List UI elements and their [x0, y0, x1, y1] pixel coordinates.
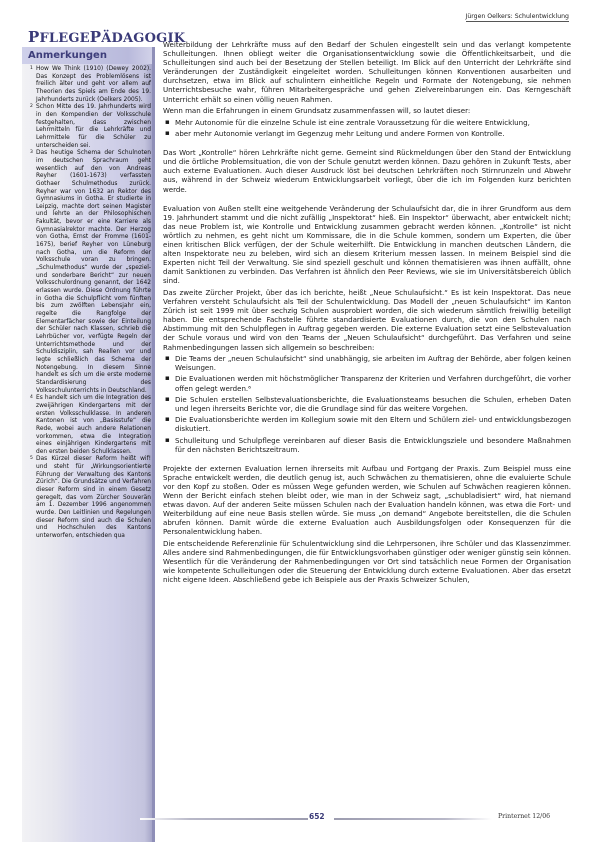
brand-initial: P — [28, 28, 39, 46]
footnote-number: 2 — [30, 103, 33, 111]
list-item-text: Die Teams der „neuen Schulaufsicht“ sind… — [175, 354, 571, 372]
page-number: 652 — [309, 812, 325, 821]
paragraph: Wenn man die Erfahrungen in einem Grunds… — [163, 106, 571, 115]
journal-issue: Printernet 12/06 — [498, 813, 550, 820]
footnote-number: 4 — [30, 394, 33, 402]
footer-rule-left — [140, 818, 308, 820]
footnote-text: Das heutige Schema der Schulnoten im deu… — [36, 150, 151, 393]
footnote-text: Schon Mitte des 19. Jahrhunderts wird in… — [36, 104, 151, 148]
article-body: Weiterbildung der Lehrkräfte muss auf de… — [163, 40, 571, 587]
footnote-text: Das Kürzel dieser Reform heißt wif! und … — [36, 456, 151, 539]
running-head: Jürgen Oelkers: Schulentwicklung — [466, 13, 570, 22]
paragraph: Die entscheidende Referenzlinie für Schu… — [163, 539, 571, 584]
footnote-number: 3 — [30, 149, 33, 157]
paragraph: Das Wort „Kontrolle“ hören Lehrkräfte ni… — [163, 148, 571, 193]
list-item: ▪Mehr Autonomie für die einzelne Schule … — [163, 118, 571, 127]
list-item: ▪Die Evaluationen werden mit höchstmögli… — [163, 374, 571, 392]
footnote: 4Es handelt sich um die Integration des … — [30, 395, 151, 456]
list-item: ▪aber mehr Autonomie verlangt im Gegenzu… — [163, 129, 571, 138]
footnote-number: 5 — [30, 455, 33, 463]
list-item: ▪Die Teams der „neuen Schulaufsicht“ sin… — [163, 354, 571, 372]
list-item-text: Die Evaluationsberichte werden im Kolleg… — [175, 415, 571, 433]
brand-text: FLEGE — [39, 31, 89, 46]
bullet-icon: ▪ — [165, 436, 170, 445]
bullet-icon: ▪ — [165, 118, 170, 127]
footnote: 5Das Kürzel dieser Reform heißt wif! und… — [30, 456, 151, 540]
sidebar-title: Anmerkungen — [22, 47, 155, 64]
bullet-icon: ▪ — [165, 129, 170, 138]
bullet-icon: ▪ — [165, 395, 170, 404]
bullet-icon: ▪ — [165, 415, 170, 424]
footnotes-sidebar: Anmerkungen 1How We Think (1910) (Dewey … — [22, 47, 155, 842]
paragraph: Weiterbildung der Lehrkräfte muss auf de… — [163, 40, 571, 104]
list-item: ▪Die Schulen erstellen Selbstevaluations… — [163, 395, 571, 413]
list-item-text: Die Schulen erstellen Selbstevaluationsb… — [175, 395, 571, 413]
list-item-text: Mehr Autonomie für die einzelne Schule i… — [175, 118, 530, 127]
list-item-text: aber mehr Autonomie verlangt im Gegenzug… — [175, 129, 504, 138]
bullet-list: ▪Die Teams der „neuen Schulaufsicht“ sin… — [163, 354, 571, 454]
paragraph: Evaluation von Außen stellt eine weitgeh… — [163, 204, 571, 286]
sidebar-edge-divider — [152, 47, 155, 842]
footnote-list: 1How We Think (1910) (Dewey 2002). Das K… — [22, 64, 155, 541]
bullet-list: ▪Mehr Autonomie für die einzelne Schule … — [163, 118, 571, 138]
footnote-text: How We Think (1910) (Dewey 2002). Das Ko… — [36, 66, 151, 103]
paragraph: Das zweite Zürcher Projekt, über das ich… — [163, 288, 571, 352]
footnote-text: Es handelt sich um die Integration des z… — [36, 395, 151, 455]
list-item: ▪Die Evaluationsberichte werden im Kolle… — [163, 415, 571, 433]
list-item-text: Schulleitung und Schulpflege vereinbaren… — [175, 436, 571, 454]
list-item-text: Die Evaluationen werden mit höchstmöglic… — [175, 374, 571, 392]
footnote: 3Das heutige Schema der Schulnoten im de… — [30, 150, 151, 395]
footnote: 2Schon Mitte des 19. Jahrhunderts wird i… — [30, 104, 151, 150]
bullet-icon: ▪ — [165, 354, 170, 363]
brand-initial-2: P — [90, 28, 101, 46]
footer-rule-right — [334, 818, 492, 820]
paragraph: Projekte der externen Evaluation lernen … — [163, 464, 571, 537]
journal-brand-logo: PFLEGEPÄDAGOGIK — [28, 28, 185, 46]
footnote: 1How We Think (1910) (Dewey 2002). Das K… — [30, 66, 151, 104]
footnote-number: 1 — [30, 65, 33, 73]
list-item: ▪Schulleitung und Schulpflege vereinbare… — [163, 436, 571, 454]
bullet-icon: ▪ — [165, 374, 170, 383]
